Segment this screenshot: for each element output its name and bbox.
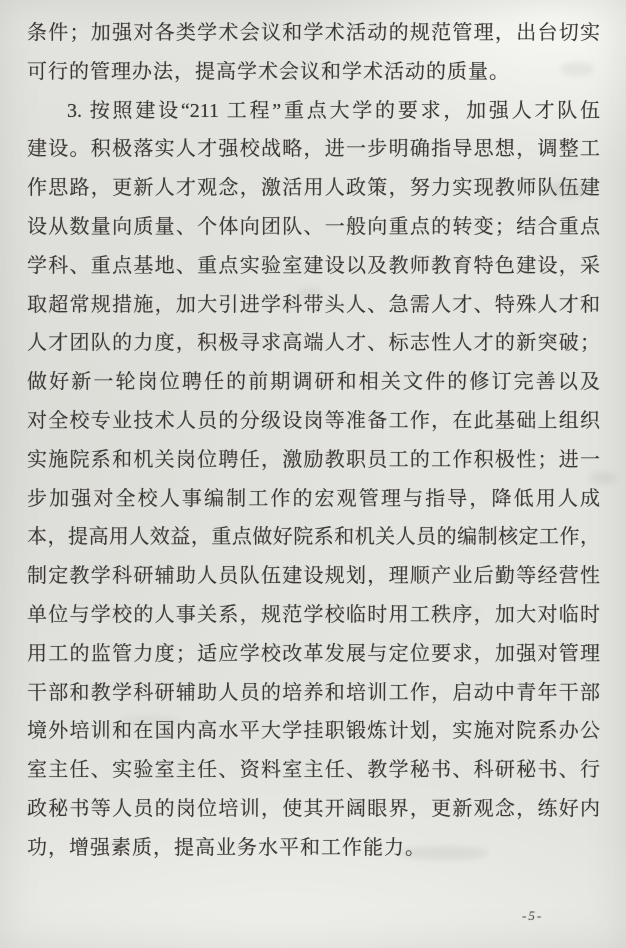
text-line: 设从数量向质量、个体向团队、一般向重点的转变；结合重点 <box>27 208 600 247</box>
text-line: 制定教学科研辅助人员队伍建设规划，理顺产业后勤等经营性 <box>27 557 600 596</box>
text-line: 实施院系和机关岗位聘任，激励教职员工的工作积极性；进一 <box>27 441 600 480</box>
text-line: 条件；加强对各类学术会议和学术活动的规范管理，出台切实 <box>27 14 600 53</box>
text-line: 步加强对全校人事编制工作的宏观管理与指导，降低用人成 <box>27 480 600 519</box>
text-line: 用工的监管力度；适应学校改革发展与定位要求，加强对管理 <box>27 635 600 674</box>
text-line: 学科、重点基地、重点实验室建设以及教师教育特色建设，采 <box>27 247 600 286</box>
text-line: 取超常规措施，加大引进学科带头人、急需人才、特殊人才和 <box>27 286 600 325</box>
text-line: 政秘书等人员的岗位培训，使其开阔眼界，更新观念，练好内 <box>27 790 600 829</box>
text-line: 境外培训和在国内高水平大学挂职锻炼计划，实施对院系办公 <box>27 712 600 751</box>
text-line: 人才团队的力度，积极寻求高端人才、标志性人才的新突破； <box>27 324 600 363</box>
document-text: 条件；加强对各类学术会议和学术活动的规范管理，出台切实可行的管理办法，提高学术会… <box>27 14 600 868</box>
text-line: 室主任、实验室主任、资料室主任、教学秘书、科研秘书、行 <box>27 751 600 790</box>
page-number: -5- <box>522 908 543 924</box>
paragraph: 3. 按照建设“211 工程”重点大学的要求，加强人才队伍建设。积极落实人才强校… <box>27 92 600 868</box>
text-line: 功，增强素质，提高业务水平和工作能力。 <box>27 829 600 868</box>
paragraph: 条件；加强对各类学术会议和学术活动的规范管理，出台切实可行的管理办法，提高学术会… <box>27 14 600 92</box>
text-line: 3. 按照建设“211 工程”重点大学的要求，加强人才队伍 <box>27 92 600 131</box>
text-line: 建设。积极落实人才强校战略，进一步明确指导思想，调整工 <box>27 130 600 169</box>
text-line: 作思路，更新人才观念，激活用人政策，努力实现教师队伍建 <box>27 169 600 208</box>
scanned-page: 条件；加强对各类学术会议和学术活动的规范管理，出台切实可行的管理办法，提高学术会… <box>0 0 626 948</box>
text-line: 可行的管理办法，提高学术会议和学术活动的质量。 <box>27 53 600 92</box>
text-line: 单位与学校的人事关系，规范学校临时用工秩序，加大对临时 <box>27 596 600 635</box>
text-line: 做好新一轮岗位聘任的前期调研和相关文件的修订完善以及 <box>27 363 600 402</box>
text-line: 本，提高用人效益，重点做好院系和机关人员的编制核定工作， <box>27 518 600 557</box>
text-line: 对全校专业技术人员的分级设岗等准备工作，在此基础上组织 <box>27 402 600 441</box>
text-line: 干部和教学科研辅助人员的培养和培训工作，启动中青年干部 <box>27 674 600 713</box>
